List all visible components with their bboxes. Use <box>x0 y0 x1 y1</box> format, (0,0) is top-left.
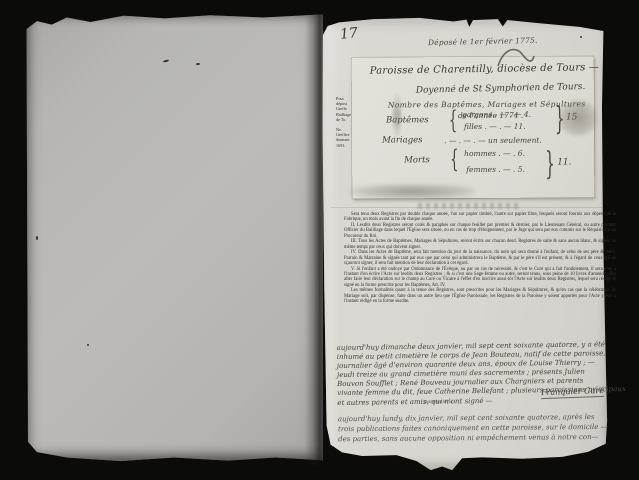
deaths-men-row: hommes . — . 6. <box>464 149 525 158</box>
regulation-paragraph: Les mêmes formalités quant à la tenue de… <box>344 288 616 304</box>
ink-speck <box>580 36 582 38</box>
regulation-paragraph: V. Si l'enfant a été ondoyé par Ordonnan… <box>344 267 616 289</box>
marriages-value: . — . — . — un seulement. <box>444 136 542 146</box>
interline-note: paroissiens <box>424 399 453 405</box>
brace-close: } <box>545 145 555 183</box>
regulation-paragraph: IV. Dans les Actes de Baptême, sera fait… <box>344 250 616 266</box>
faded-printed-heading <box>418 203 522 209</box>
paper-stain <box>558 99 598 137</box>
regulation-paragraph: III. Tous les Actes de Baptêmes, Mariage… <box>344 239 616 250</box>
ink-smear <box>393 92 401 138</box>
marriages-label: Mariages <box>382 135 423 145</box>
deanery-line: Doyenné de St Symphorien de Tours. <box>416 82 586 96</box>
regulation-paragraph: Sera tenu deux Registres par double chaq… <box>344 212 616 223</box>
marriage-act-fragment: aujourd'huy lundy, dix janvier, mil sept… <box>338 412 620 444</box>
printed-regulations: Sera tenu deux Registres par double chaq… <box>344 212 616 305</box>
slip-edge-shadow <box>350 184 475 199</box>
regulation-paragraph: II. Lesdits deux Registres seront cotés … <box>344 223 616 239</box>
register-photograph: 17 Déposé le 1er février 1775. Pour dépo… <box>0 0 639 480</box>
priest-signature: Franquier Curé <box>541 386 604 399</box>
baptisms-boys-row: garçons . — . — 4. <box>462 110 531 119</box>
ink-flourish <box>496 44 536 70</box>
folio-number: 17 <box>339 25 358 43</box>
blank-verso-page <box>25 13 323 462</box>
baptisms-girls-row: filles . — . — 11. <box>464 122 526 131</box>
deaths-label: Morts <box>404 155 430 165</box>
deaths-women-row: femmes . — . 5. <box>466 165 525 174</box>
ink-speck <box>87 344 89 346</box>
ink-speck <box>36 236 38 240</box>
brace-open: { <box>450 146 458 175</box>
deaths-total: 11. <box>557 157 571 167</box>
brace-open: { <box>449 107 457 136</box>
parish-title: Paroisse de Charentilly, diocèse de Tour… <box>370 62 600 77</box>
